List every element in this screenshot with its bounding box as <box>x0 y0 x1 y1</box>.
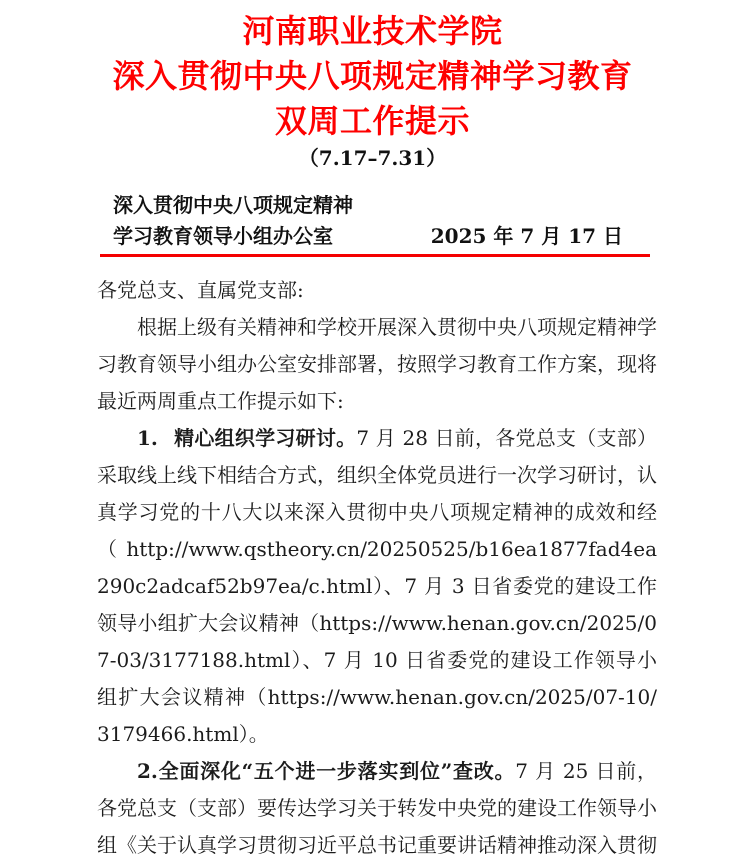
paragraphs-container: 根据上级有关精神和学校开展深入贯彻中央八项规定精神学习教育领导小组办公室安排部署… <box>97 309 657 864</box>
document-page: 河南职业技术学院深入贯彻中央八项规定精神学习教育双周工作提示 （7.17–7.3… <box>0 0 745 866</box>
paragraph: 1.精心组织学习研讨。7 月 28 日前，各党总支（支部）采取线上线下相结合方式… <box>97 420 657 753</box>
paragraph-heading-run: 2.全面深化“五个进一步落实到位”查改。 <box>137 759 515 783</box>
paragraph: 2.全面深化“五个进一步落实到位”查改。7 月 25 日前，各党总支（支部）要传… <box>97 753 657 864</box>
issuing-office-line2: 学习教育领导小组办公室 <box>113 221 333 252</box>
document-body: 各党总支、直属党支部: 根据上级有关精神和学校开展深入贯彻中央八项规定精神学习教… <box>97 272 657 864</box>
date-range: （7.17–7.31） <box>0 143 745 173</box>
paragraph-text-run: 7 月 28 日前，各党总支（支部）采取线上线下相结合方式，组织全体党员进行一次… <box>97 426 657 746</box>
title-line: 河南职业技术学院 <box>0 9 745 54</box>
title-line: 双周工作提示 <box>0 99 745 144</box>
paragraph-heading-run: 1. <box>137 426 158 450</box>
document-title: 河南职业技术学院深入贯彻中央八项规定精神学习教育双周工作提示 <box>0 9 745 144</box>
issuing-office: 深入贯彻中央八项规定精神 学习教育领导小组办公室 2025 年 7 月 17 日 <box>113 190 623 252</box>
issue-date: 2025 年 7 月 17 日 <box>431 221 623 252</box>
paragraph-text-run: 根据上级有关精神和学校开展深入贯彻中央八项规定精神学习教育领导小组办公室安排部署… <box>97 315 657 413</box>
header-divider <box>100 254 650 257</box>
salutation: 各党总支、直属党支部: <box>97 272 657 309</box>
title-line: 深入贯彻中央八项规定精神学习教育 <box>0 54 745 99</box>
paragraph-heading-run: 精心组织学习研讨。 <box>174 426 356 450</box>
paragraph: 根据上级有关精神和学校开展深入贯彻中央八项规定精神学习教育领导小组办公室安排部署… <box>97 309 657 420</box>
issuing-office-line1: 深入贯彻中央八项规定精神 <box>113 190 623 221</box>
